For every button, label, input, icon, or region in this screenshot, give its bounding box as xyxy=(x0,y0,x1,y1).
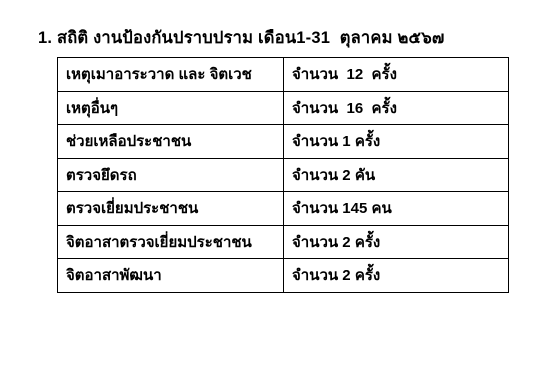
table-row: เหตุอื่นๆ จำนวน 16 ครั้ง xyxy=(58,91,509,125)
table-row: จิตอาสาพัฒนา จำนวน 2 ครั้ง xyxy=(58,259,509,293)
row-value: จำนวน 2 ครั้ง xyxy=(284,225,509,259)
page-title: 1. สถิติ งานป้องกันปราบปราม เดือน1-31 ตุ… xyxy=(38,25,445,51)
row-value: จำนวน 16 ครั้ง xyxy=(284,91,509,125)
table-row: ตรวจยึดรถ จำนวน 2 คัน xyxy=(58,158,509,192)
row-label: ตรวจยึดรถ xyxy=(58,158,284,192)
table-row: ช่วยเหลือประชาชน จำนวน 1 ครั้ง xyxy=(58,125,509,159)
statistics-table: เหตุเมาอาระวาด และ จิตเวช จำนวน 12 ครั้ง… xyxy=(57,57,509,293)
row-label: จิตอาสาพัฒนา xyxy=(58,259,284,293)
table-row: ตรวจเยี่ยมประชาชน จำนวน 145 คน xyxy=(58,192,509,226)
row-value: จำนวน 145 คน xyxy=(284,192,509,226)
row-label: ตรวจเยี่ยมประชาชน xyxy=(58,192,284,226)
row-label: ช่วยเหลือประชาชน xyxy=(58,125,284,159)
document-page: 1. สถิติ งานป้องกันปราบปราม เดือน1-31 ตุ… xyxy=(0,0,535,390)
row-label: จิตอาสาตรวจเยี่ยมประชาชน xyxy=(58,225,284,259)
row-value: จำนวน 12 ครั้ง xyxy=(284,58,509,92)
row-value: จำนวน 1 ครั้ง xyxy=(284,125,509,159)
table-row: เหตุเมาอาระวาด และ จิตเวช จำนวน 12 ครั้ง xyxy=(58,58,509,92)
row-value: จำนวน 2 คัน xyxy=(284,158,509,192)
row-label: เหตุเมาอาระวาด และ จิตเวช xyxy=(58,58,284,92)
table-row: จิตอาสาตรวจเยี่ยมประชาชน จำนวน 2 ครั้ง xyxy=(58,225,509,259)
row-value: จำนวน 2 ครั้ง xyxy=(284,259,509,293)
row-label: เหตุอื่นๆ xyxy=(58,91,284,125)
